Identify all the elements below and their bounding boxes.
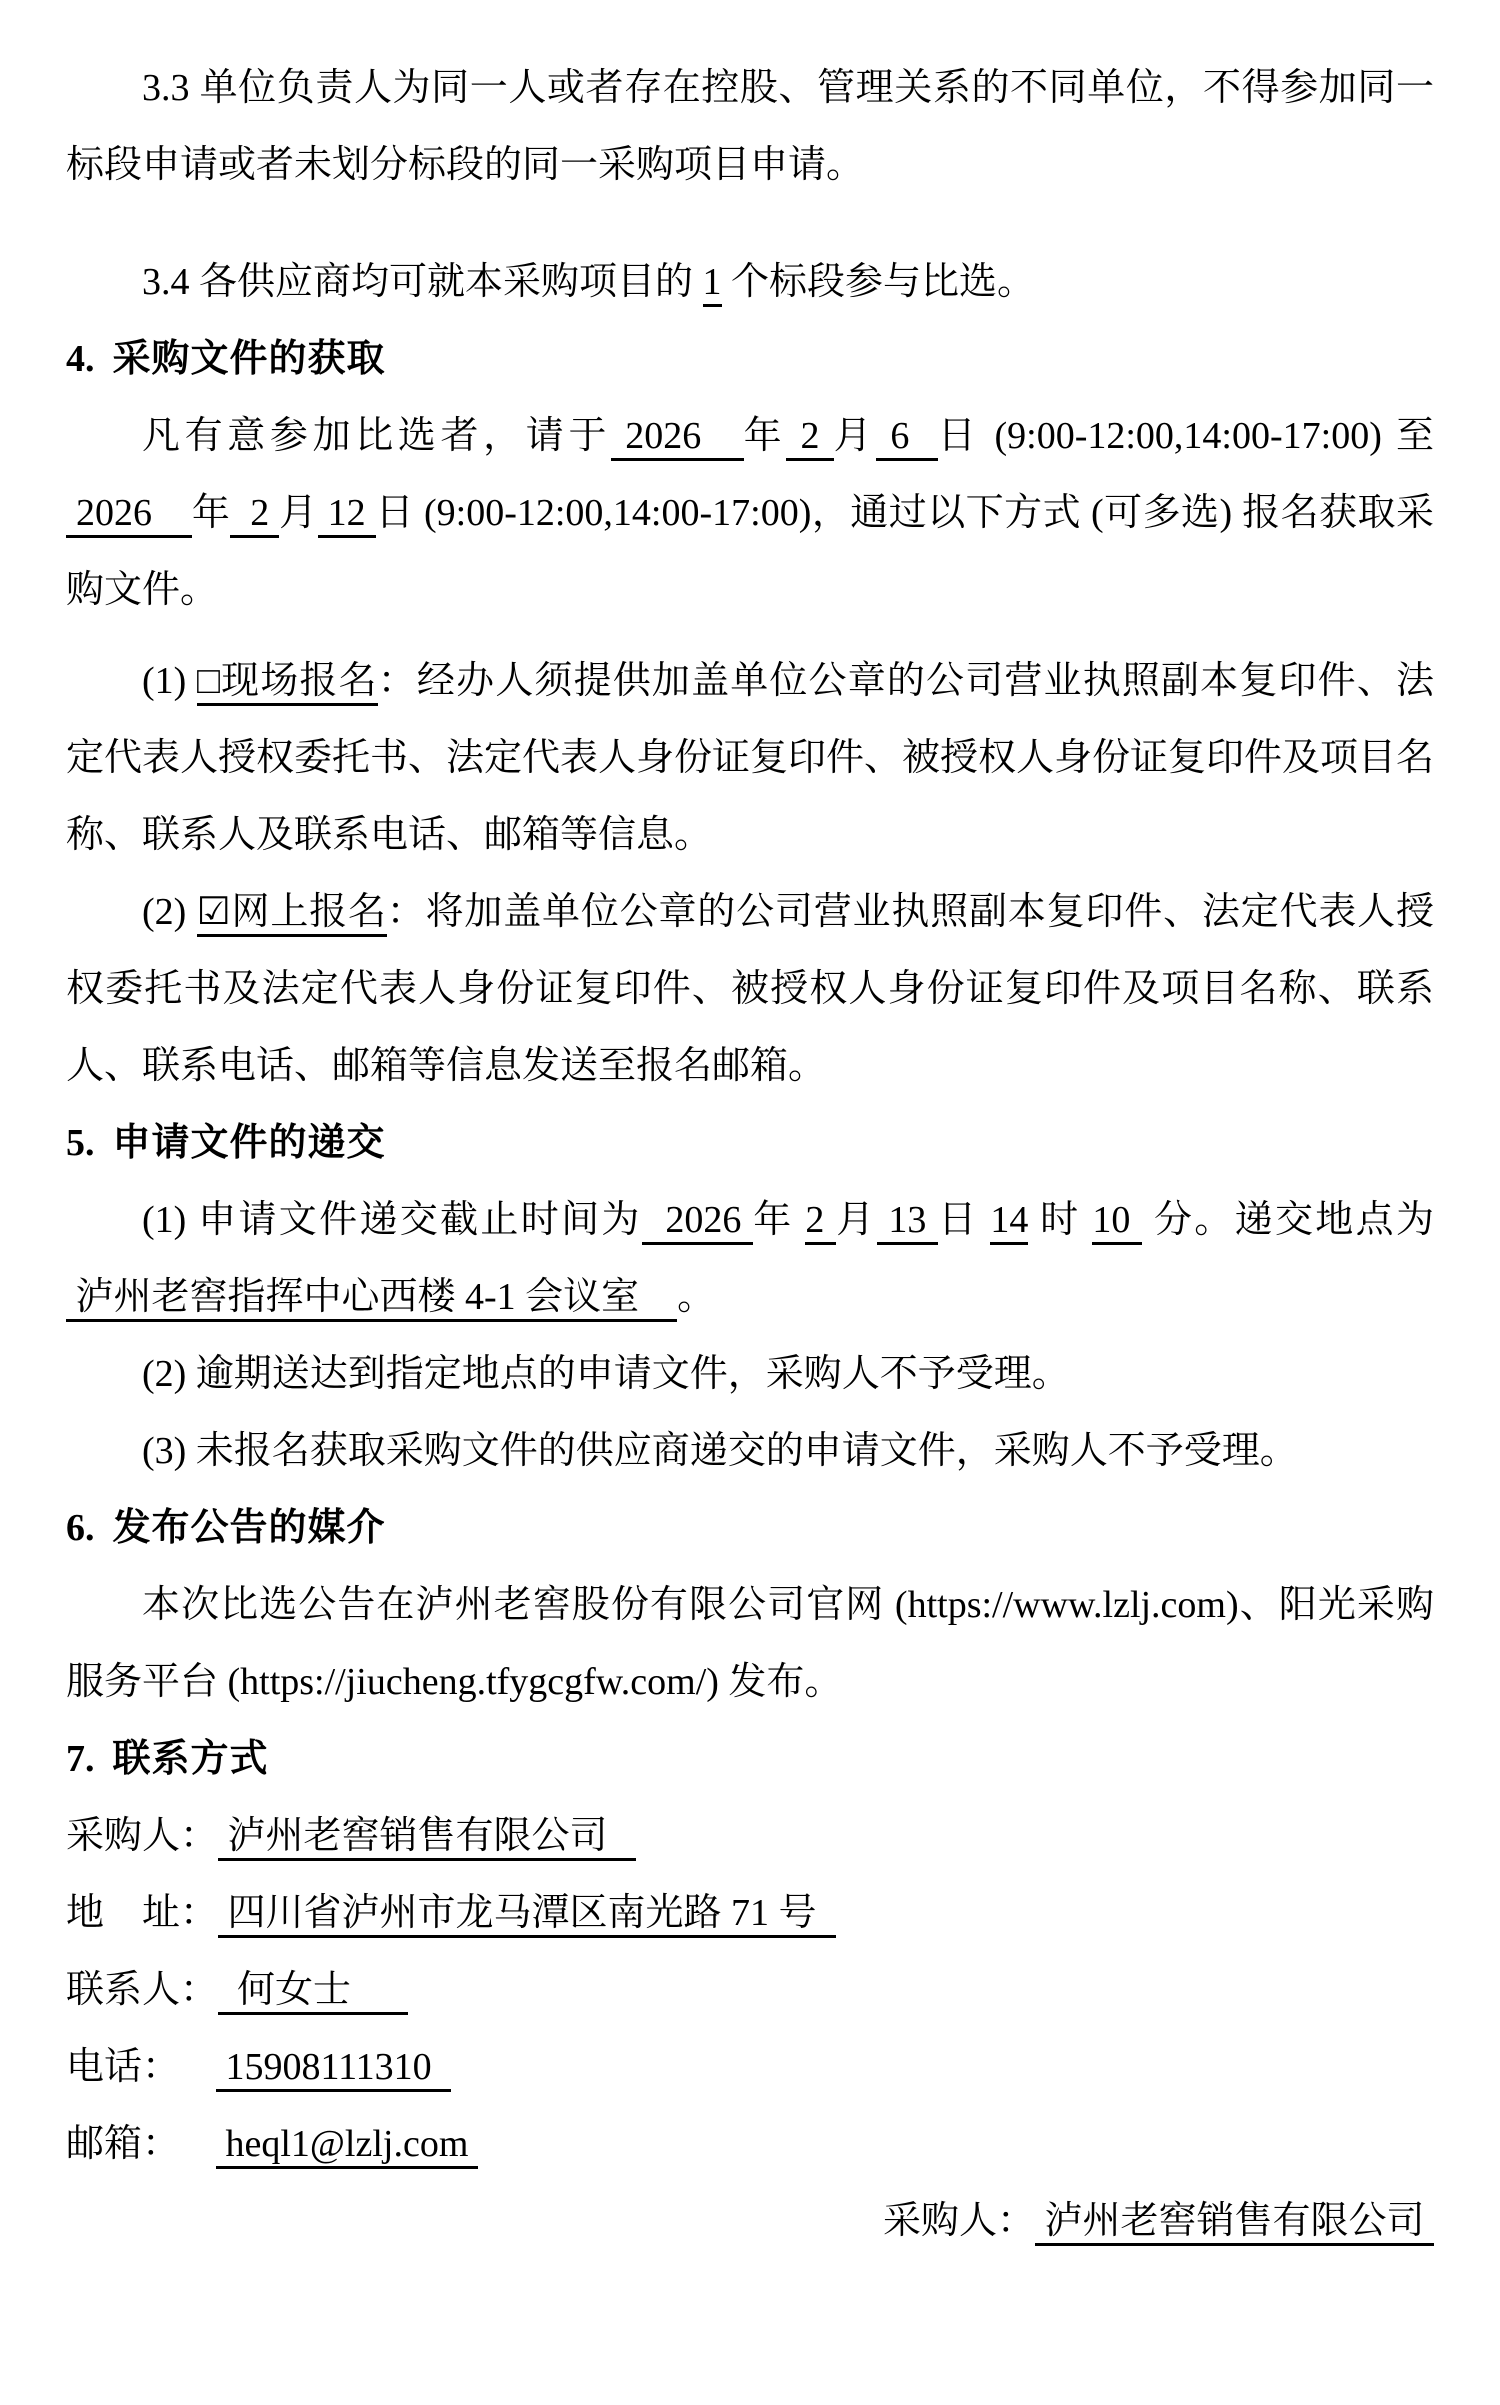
contact-label: 电话：: [66, 2029, 216, 2106]
section-7-heading: 7.联系方式: [66, 1721, 1434, 1798]
text-run: 分。递交地点为: [1142, 1199, 1434, 1241]
section-7-number: 7.: [66, 1738, 95, 1780]
text-run: 。: [677, 1276, 715, 1318]
contact-row-contact-person: 联系人： 何女士: [66, 1952, 1434, 2029]
underlined-blank: 现场报名: [221, 660, 378, 706]
underlined-blank: 2: [805, 1199, 836, 1245]
text-run: 年: [753, 1199, 805, 1241]
underlined-blank: 2026: [642, 1199, 753, 1245]
signature-purchaser: 采购人： 泸州老窖销售有限公司: [66, 2183, 1434, 2260]
contact-value-underline: 15908111310: [216, 2046, 451, 2092]
text-run: 个标段参与比选。: [722, 261, 1036, 303]
underlined-blank: 泸州老窖指挥中心西楼 4-1 会议室: [66, 1276, 677, 1322]
underlined-blank: 2026: [611, 415, 744, 461]
text-run: 年: [744, 415, 787, 457]
text-run: 年: [192, 492, 230, 534]
text-run: 时: [1028, 1199, 1092, 1241]
section-4-heading: 4.采购文件的获取: [66, 321, 1434, 398]
section-5-number: 5.: [66, 1122, 95, 1164]
text-run: 日: [938, 1199, 990, 1241]
section-6-title: 发布公告的媒介: [113, 1507, 386, 1549]
underlined-blank: 6: [876, 415, 937, 461]
underlined-blank: 12: [318, 492, 376, 538]
contact-value-underline: 泸州老窖销售有限公司: [218, 1815, 636, 1861]
section-6-number: 6.: [66, 1507, 95, 1549]
contact-row-phone: 电话： 15908111310: [66, 2029, 1434, 2106]
checkbox-unchecked-icon: □: [197, 660, 221, 706]
contact-value-underline: heql1@lzlj.com: [216, 2123, 478, 2169]
underlined-blank: 10: [1092, 1199, 1142, 1245]
underlined-blank: 13: [877, 1199, 939, 1245]
text-run: (1): [142, 660, 197, 702]
contact-label: 联系人：: [66, 1952, 218, 2029]
text-run: (2): [142, 891, 197, 933]
section-5-item-unregistered: (3) 未报名获取采购文件的供应商递交的申请文件，采购人不予受理。: [66, 1413, 1434, 1490]
contact-row-email: 邮箱： heql1@lzlj.com: [66, 2106, 1434, 2183]
text-run: 3.4 各供应商均可就本采购项目的: [142, 261, 703, 303]
underlined-blank: 网上报名: [231, 891, 387, 937]
text-run: 月: [279, 492, 317, 534]
underlined-blank: 2: [230, 492, 279, 538]
section-4-item-online-registration: (2) ☑网上报名：将加盖单位公章的公司营业执照副本复印件、法定代表人授权委托书…: [66, 874, 1434, 1105]
section-5-title: 申请文件的递交: [113, 1122, 386, 1164]
contact-value-underline: 何女士: [218, 1969, 408, 2015]
signature-value-underline: 泸州老窖销售有限公司: [1035, 2200, 1434, 2246]
contact-value-underline: 四川省泸州市龙马潭区南光路 71 号: [218, 1892, 836, 1938]
text-run: (1) 申请文件递交截止时间为: [142, 1199, 642, 1241]
clause-3-4: 3.4 各供应商均可就本采购项目的 1 个标段参与比选。: [66, 244, 1434, 321]
section-5-item-late-delivery: (2) 逾期送达到指定地点的申请文件，采购人不予受理。: [66, 1336, 1434, 1413]
section-6-heading: 6.发布公告的媒介: [66, 1490, 1434, 1567]
clause-3-3: 3.3 单位负责人为同一人或者存在控股、管理关系的不同单位，不得参加同一标段申请…: [66, 50, 1434, 204]
section-4-title: 采购文件的获取: [113, 338, 386, 380]
underlined-blank: 2026: [66, 492, 192, 538]
text-run: 本次比选公告在泸州老窖股份有限公司官网 (https://www.lzlj.co…: [66, 1584, 1434, 1703]
text-run: 3.3 单位负责人为同一人或者存在控股、管理关系的不同单位，不得参加同一标段申请…: [66, 67, 1434, 186]
section-7-title: 联系方式: [113, 1738, 269, 1780]
section-4-item-onsite-registration: (1) □现场报名：经办人须提供加盖单位公章的公司营业执照副本复印件、法定代表人…: [66, 643, 1434, 874]
text-run: 日 (9:00-12:00,14:00-17:00) 至: [938, 415, 1434, 457]
checkbox-checked-icon: ☑: [197, 891, 231, 937]
text-run: (3) 未报名获取采购文件的供应商递交的申请文件，采购人不予受理。: [142, 1430, 1298, 1472]
section-6-body: 本次比选公告在泸州老窖股份有限公司官网 (https://www.lzlj.co…: [66, 1567, 1434, 1721]
procurement-notice-page: 3.3 单位负责人为同一人或者存在控股、管理关系的不同单位，不得参加同一标段申请…: [0, 0, 1500, 2405]
text-run: 月: [836, 1199, 876, 1241]
text-run: 月: [834, 415, 877, 457]
contact-label: 采购人：: [66, 1798, 218, 1875]
underlined-blank: 2: [786, 415, 833, 461]
section-5-item-deadline: (1) 申请文件递交截止时间为 2026 年 2 月 13 日 14 时 10 …: [66, 1182, 1434, 1336]
section-5-heading: 5.申请文件的递交: [66, 1105, 1434, 1182]
contact-row-purchaser: 采购人： 泸州老窖销售有限公司: [66, 1798, 1434, 1875]
contact-label: 地 址：: [66, 1875, 218, 1952]
contact-label: 邮箱：: [66, 2106, 216, 2183]
underlined-blank: 1: [703, 261, 722, 307]
text-run: (2) 逾期送达到指定地点的申请文件，采购人不予受理。: [142, 1353, 1070, 1395]
contact-row-address: 地 址： 四川省泸州市龙马潭区南光路 71 号: [66, 1875, 1434, 1952]
text-run: 凡有意参加比选者，请于: [142, 415, 611, 457]
underlined-blank: 14: [990, 1199, 1028, 1245]
signature-label: 采购人：: [883, 2200, 1035, 2242]
section-4-number: 4.: [66, 338, 95, 380]
section-4-intro: 凡有意参加比选者，请于 2026 年 2 月 6 日 (9:00-12:00,1…: [66, 398, 1434, 629]
